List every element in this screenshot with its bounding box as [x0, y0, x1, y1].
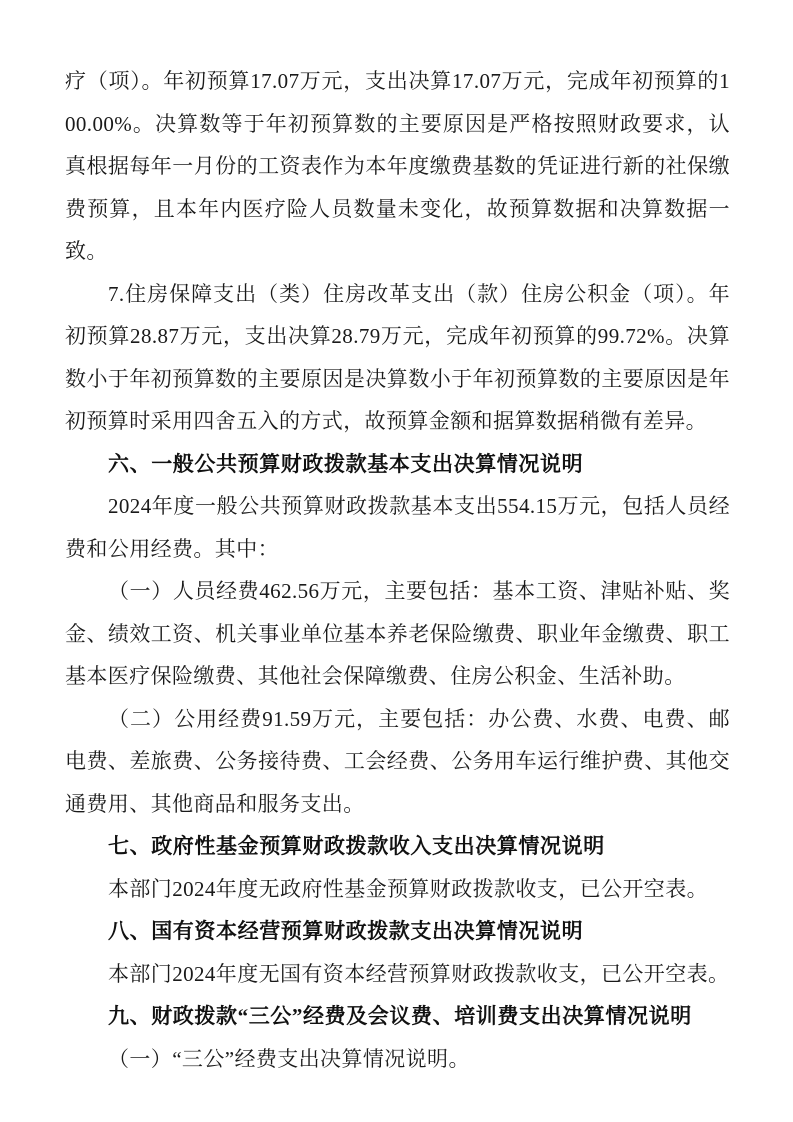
- paragraph-basic-expenditure-total: 2024年度一般公共预算财政拨款基本支出554.15万元，包括人员经费和公用经费…: [65, 485, 730, 570]
- heading-section-6-basic-expenditure: 六、一般公共预算财政拨款基本支出决算情况说明: [65, 443, 730, 486]
- paragraph-personnel-expense: （一）人员经费462.56万元，主要包括：基本工资、津贴补贴、奖金、绩效工资、机…: [65, 570, 730, 698]
- document-body: 疗（项）。年初预算17.07万元，支出决算17.07万元，完成年初预算的100.…: [65, 60, 730, 1080]
- paragraph-public-expense: （二）公用经费91.59万元，主要包括：办公费、水费、电费、邮电费、差旅费、公务…: [65, 698, 730, 826]
- heading-section-9-three-public-funds: 九、财政拨款“三公”经费及会议费、培训费支出决算情况说明: [65, 995, 730, 1038]
- paragraph-gov-fund-none: 本部门2024年度无政府性基金预算财政拨款收支，已公开空表。: [65, 868, 730, 911]
- paragraph-medical-insurance-continuation: 疗（项）。年初预算17.07万元，支出决算17.07万元，完成年初预算的100.…: [65, 60, 730, 273]
- paragraph-state-capital-none: 本部门2024年度无国有资本经营预算财政拨款收支，已公开空表。: [65, 953, 730, 996]
- document-page: 疗（项）。年初预算17.07万元，支出决算17.07万元，完成年初预算的100.…: [0, 0, 793, 1122]
- paragraph-three-public-intro: （一）“三公”经费支出决算情况说明。: [65, 1038, 730, 1081]
- paragraph-item7-housing-fund: 7.住房保障支出（类）住房改革支出（款）住房公积金（项）。年初预算28.87万元…: [65, 273, 730, 443]
- heading-section-8-state-capital-budget: 八、国有资本经营预算财政拨款支出决算情况说明: [65, 910, 730, 953]
- heading-section-7-gov-fund-budget: 七、政府性基金预算财政拨款收入支出决算情况说明: [65, 825, 730, 868]
